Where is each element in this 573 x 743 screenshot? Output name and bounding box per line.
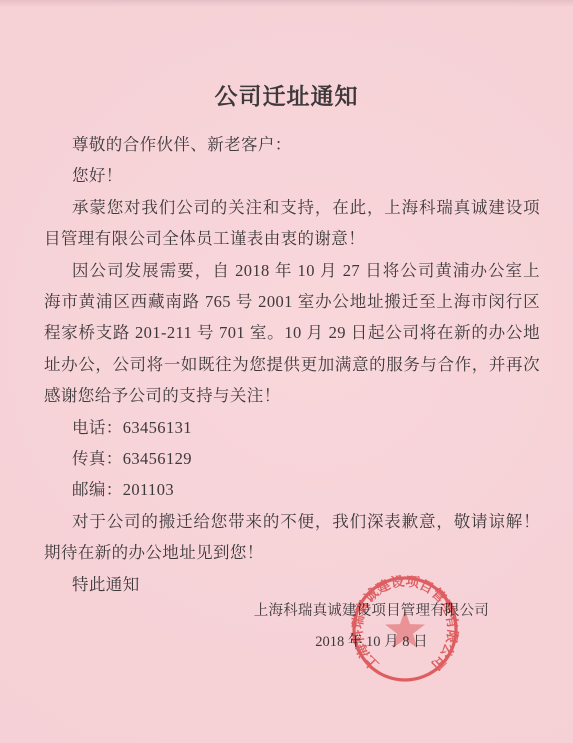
relocation-notice-page: 公司迁址通知 尊敬的合作伙伴、新老客户： 您好！ 承蒙您对我们公司的关注和支持，…: [0, 0, 573, 743]
fax-number: 63456129: [123, 449, 192, 468]
fax-label: 传真：: [72, 449, 123, 468]
notice-body: 尊敬的合作伙伴、新老客户： 您好！ 承蒙您对我们公司的关注和支持，在此，上海科瑞…: [44, 129, 540, 600]
zip-code: 201103: [123, 480, 174, 499]
contact-zip: 邮编：201103: [44, 474, 540, 505]
paragraph-apology: 对于公司的搬迁给您带来的不便，我们深表歉意，敬请谅解！期待在新的办公地址见到您！: [44, 506, 540, 569]
paragraph-thanks: 承蒙您对我们公司的关注和支持，在此，上海科瑞真诚建设项目管理有限公司全体员工谨表…: [44, 192, 540, 255]
contact-fax: 传真：63456129: [44, 443, 540, 474]
phone-number: 63456131: [123, 418, 192, 437]
page-title: 公司迁址通知: [0, 78, 573, 111]
closing-line: 特此通知: [44, 569, 540, 600]
salutation: 尊敬的合作伙伴、新老客户：: [44, 129, 540, 160]
signature-block: 上海科瑞真诚建设项目管理有限公司 2018 年 10 月 8 日: [254, 600, 489, 653]
contact-phone: 电话：63456131: [44, 412, 540, 443]
company-name: 上海科瑞真诚建设项目管理有限公司: [254, 600, 489, 622]
paragraph-relocation: 因公司发展需要，自 2018 年 10 月 27 日将公司黄浦办公室上海市黄浦区…: [44, 255, 540, 412]
notice-date: 2018 年 10 月 8 日: [254, 631, 489, 653]
greeting: 您好！: [44, 160, 540, 191]
zip-label: 邮编：: [72, 480, 123, 499]
phone-label: 电话：: [72, 418, 123, 437]
